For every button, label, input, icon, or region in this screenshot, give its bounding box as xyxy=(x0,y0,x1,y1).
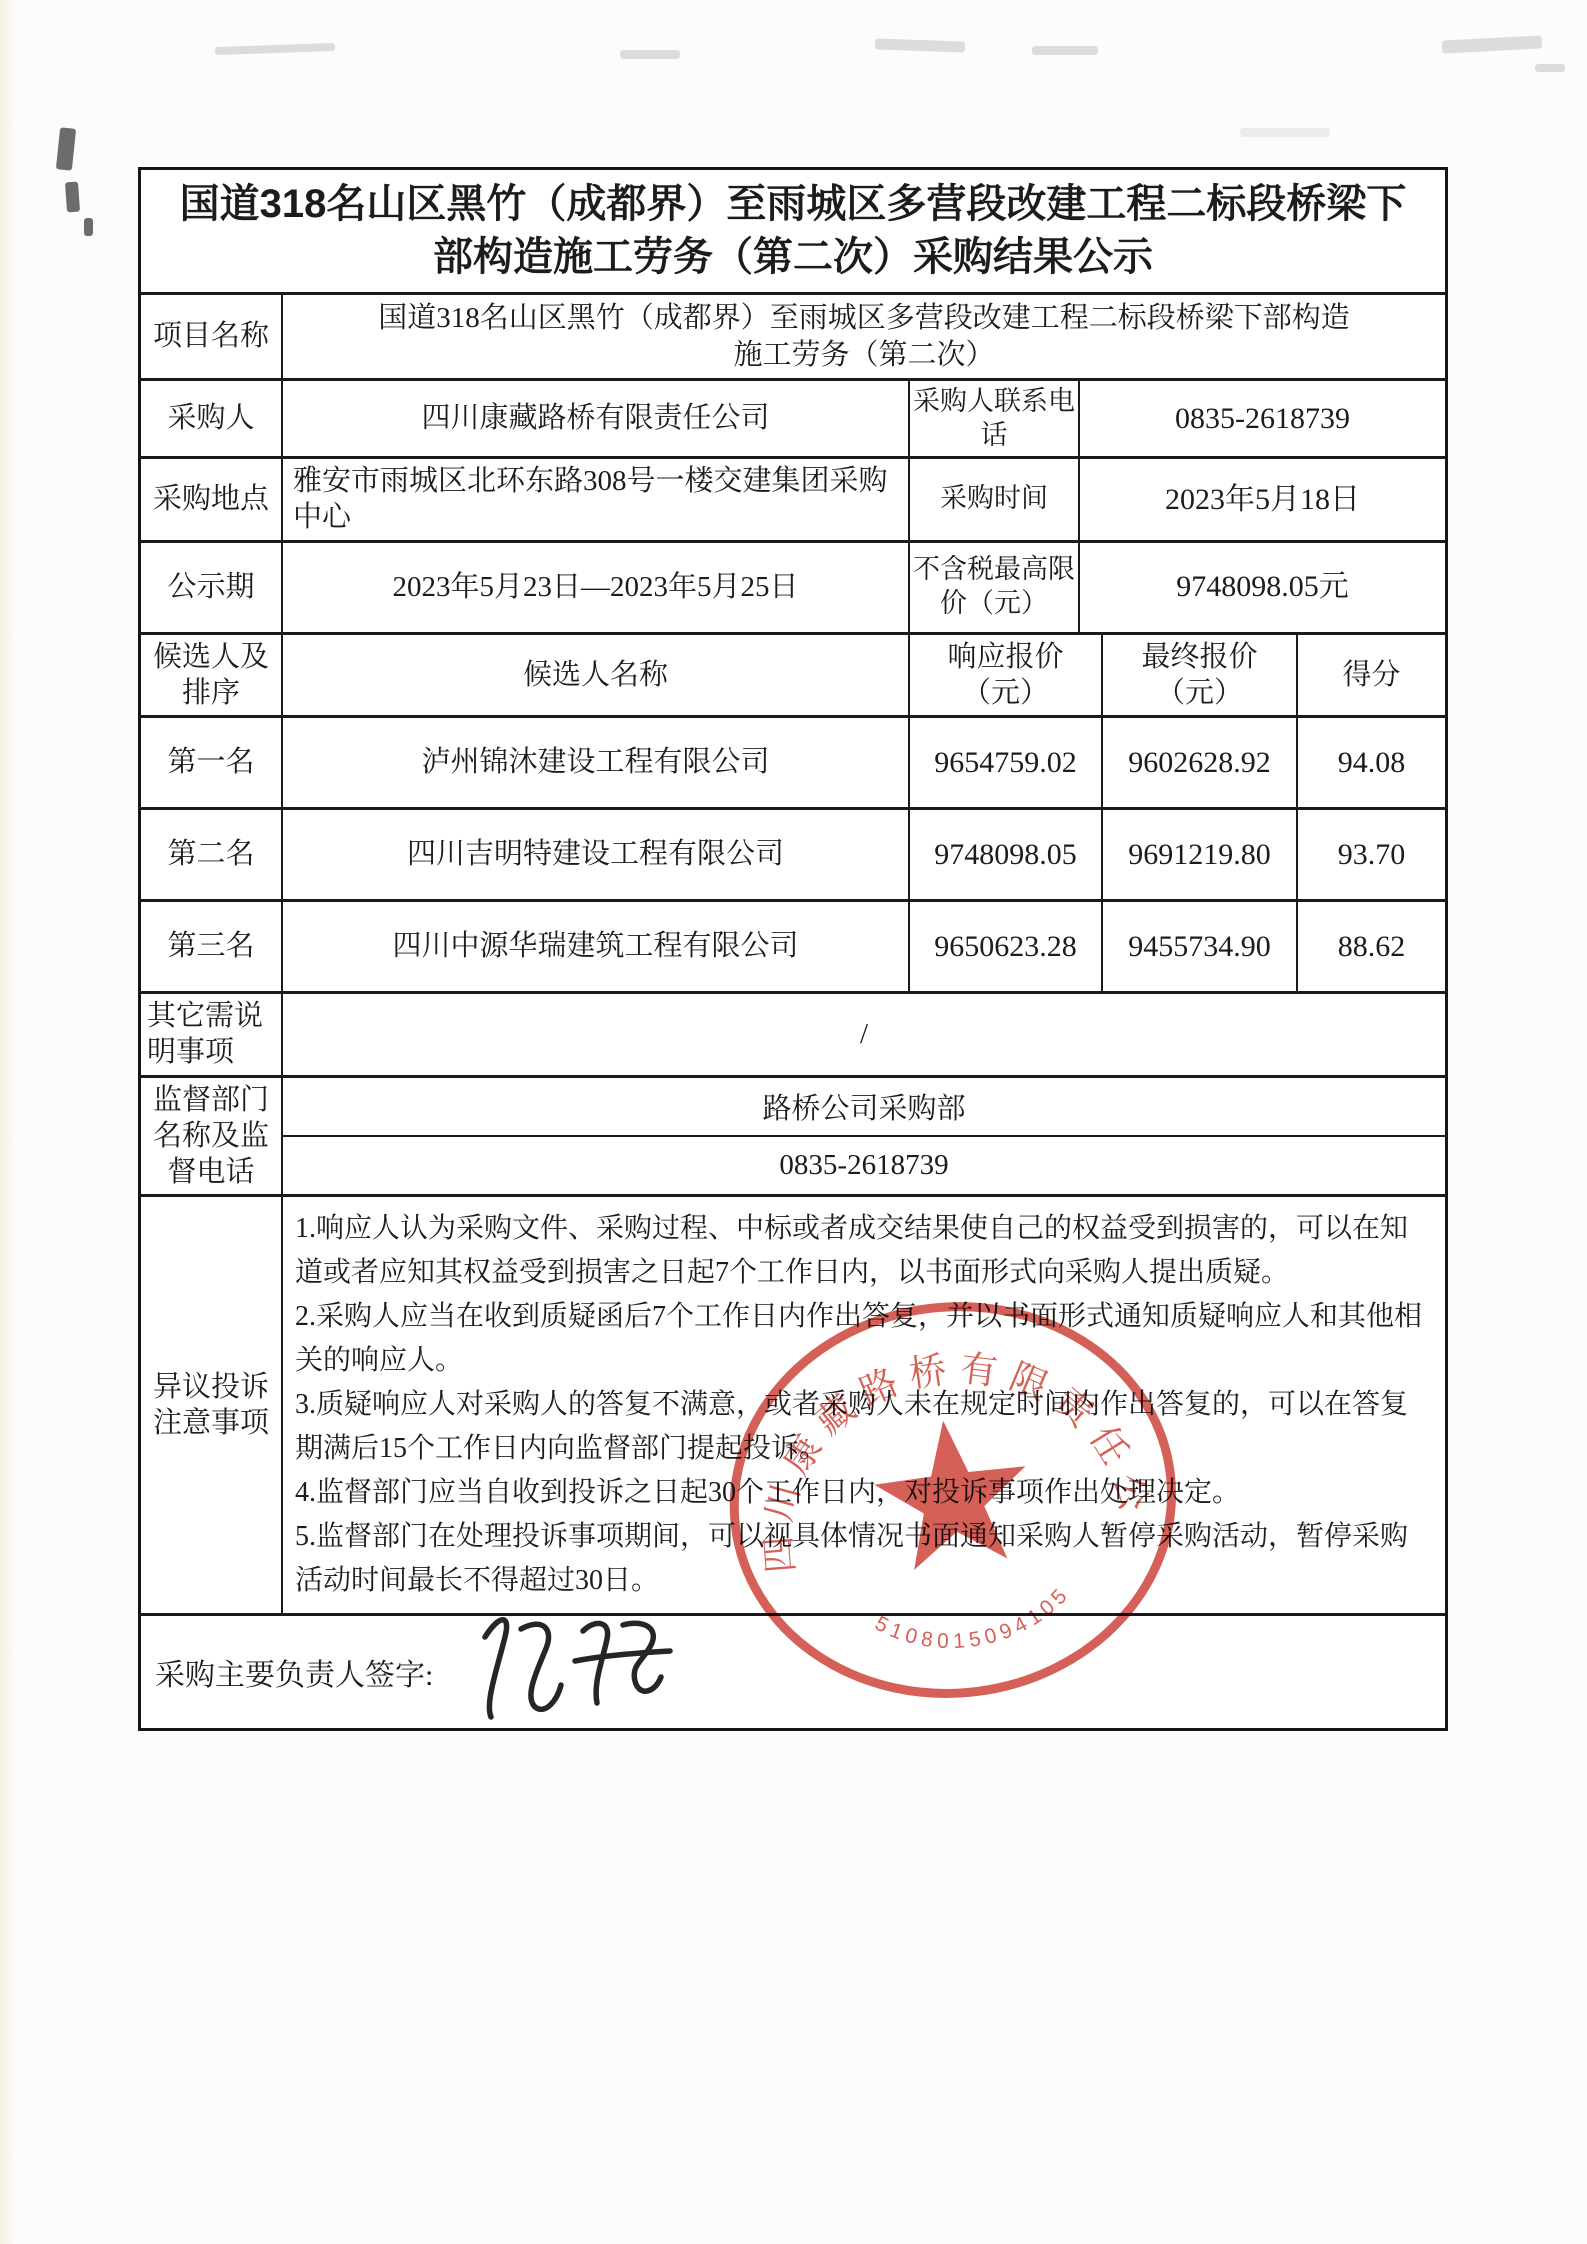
scan-artifact xyxy=(84,218,93,236)
scan-artifact xyxy=(56,127,76,170)
project-name-value: 国道318名山区黑竹（成都界）至雨城区多营段改建工程二标段桥梁下部构造施工劳务（… xyxy=(283,295,1445,378)
scan-artifact xyxy=(1032,46,1098,55)
table-title-row: 国道318名山区黑竹（成都界）至雨城区多营段改建工程二标段桥梁下 部构造施工劳务… xyxy=(141,170,1445,295)
buyer-value: 四川康藏路桥有限责任公司 xyxy=(283,381,910,456)
final-header: 最终报价（元） xyxy=(1103,635,1298,716)
procurement-result-table: 国道318名山区黑竹（成都界）至雨城区多营段改建工程二标段桥梁下 部构造施工劳务… xyxy=(138,167,1448,1731)
supervision-label: 监督部门名称及监督电话 xyxy=(141,1078,283,1195)
scan-edge-strip xyxy=(0,0,14,2244)
purchase-time-label: 采购时间 xyxy=(910,459,1080,540)
candidate-rank: 第二名 xyxy=(141,810,283,899)
candidate-final: 9455734.90 xyxy=(1103,902,1298,991)
rank-header: 候选人及排序 xyxy=(141,635,283,716)
candidate-name: 泸州锦沐建设工程有限公司 xyxy=(283,718,910,807)
publicity-label: 公示期 xyxy=(141,543,283,632)
objection-item: 3.质疑响应人对采购人的答复不满意，或者采购人未在规定时间内作出答复的，可以在答… xyxy=(295,1383,1431,1471)
objection-item: 1.响应人认为采购文件、采购过程、中标或者成交结果使自己的权益受到损害的，可以在… xyxy=(295,1207,1431,1295)
title-line1: 国道318名山区黑竹（成都界）至雨城区多营段改建工程二标段桥梁下 xyxy=(180,182,1407,226)
scan-artifact xyxy=(1535,64,1565,72)
other-notes-value: / xyxy=(283,994,1445,1075)
title-line2: 部构造施工劳务（第二次）采购结果公示 xyxy=(433,235,1153,279)
objection-label: 异议投诉注意事项 xyxy=(141,1197,283,1613)
other-notes-row: 其它需说明事项 / xyxy=(141,994,1445,1078)
candidate-score: 88.62 xyxy=(1298,902,1445,991)
name-header: 候选人名称 xyxy=(283,635,910,716)
candidate-bid: 9654759.02 xyxy=(910,718,1103,807)
scan-artifact xyxy=(1442,35,1543,53)
candidates-header-row: 候选人及排序 候选人名称 响应报价（元） 最终报价（元） 得分 xyxy=(141,635,1445,719)
scan-artifact xyxy=(1240,128,1330,137)
candidate-score: 94.08 xyxy=(1298,718,1445,807)
candidate-bid: 9650623.28 xyxy=(910,902,1103,991)
candidate-bid: 9748098.05 xyxy=(910,810,1103,899)
signature-row: 采购主要负责人签字: xyxy=(141,1616,1445,1728)
candidate-rank: 第一名 xyxy=(141,718,283,807)
candidate-final: 9602628.92 xyxy=(1103,718,1298,807)
location-label: 采购地点 xyxy=(141,459,283,540)
candidate-score: 93.70 xyxy=(1298,810,1445,899)
buyer-label: 采购人 xyxy=(141,381,283,456)
objection-item: 2.采购人应当在收到质疑函后7个工作日内作出答复，并以书面形式通知质疑响应人和其… xyxy=(295,1295,1431,1383)
candidate-name: 四川中源华瑞建筑工程有限公司 xyxy=(283,902,910,991)
candidate-final: 9691219.80 xyxy=(1103,810,1298,899)
other-notes-label: 其它需说明事项 xyxy=(141,994,283,1075)
buyer-row: 采购人 四川康藏路桥有限责任公司 采购人联系电话 0835-2618739 xyxy=(141,381,1445,459)
scan-artifact xyxy=(215,43,335,55)
objection-item: 5.监督部门在处理投诉事项期间，可以视具体情况书面通知采购人暂停采购活动，暂停采… xyxy=(295,1515,1431,1603)
scan-artifact xyxy=(65,182,80,213)
objection-row: 异议投诉注意事项 1.响应人认为采购文件、采购过程、中标或者成交结果使自己的权益… xyxy=(141,1197,1445,1616)
supervision-row: 监督部门名称及监督电话 路桥公司采购部 0835-2618739 xyxy=(141,1078,1445,1198)
signature-label: 采购主要负责人签字: xyxy=(141,1616,1445,1728)
candidate-row-3: 第三名 四川中源华瑞建筑工程有限公司 9650623.28 9455734.90… xyxy=(141,902,1445,994)
bid-header: 响应报价（元） xyxy=(910,635,1103,716)
max-price-value: 9748098.05元 xyxy=(1080,543,1445,632)
buyer-phone-label: 采购人联系电话 xyxy=(910,381,1080,456)
scan-artifact xyxy=(875,38,965,52)
candidate-row-1: 第一名 泸州锦沐建设工程有限公司 9654759.02 9602628.92 9… xyxy=(141,718,1445,810)
supervision-dept: 路桥公司采购部 xyxy=(283,1078,1445,1137)
candidate-rank: 第三名 xyxy=(141,902,283,991)
supervision-phone: 0835-2618739 xyxy=(283,1137,1445,1194)
publicity-value: 2023年5月23日—2023年5月25日 xyxy=(283,543,910,632)
location-row: 采购地点 雅安市雨城区北环东路308号一楼交建集团采购中心 采购时间 2023年… xyxy=(141,459,1445,543)
project-name-row: 项目名称 国道318名山区黑竹（成都界）至雨城区多营段改建工程二标段桥梁下部构造… xyxy=(141,295,1445,381)
scan-artifact xyxy=(620,50,680,59)
project-name-label: 项目名称 xyxy=(141,295,283,378)
objection-content: 1.响应人认为采购文件、采购过程、中标或者成交结果使自己的权益受到损害的，可以在… xyxy=(283,1197,1445,1613)
supervision-values: 路桥公司采购部 0835-2618739 xyxy=(283,1078,1445,1195)
publicity-period-row: 公示期 2023年5月23日—2023年5月25日 不含税最高限价（元） 974… xyxy=(141,543,1445,635)
scanned-document-page: 国道318名山区黑竹（成都界）至雨城区多营段改建工程二标段桥梁下 部构造施工劳务… xyxy=(0,0,1587,2244)
candidate-row-2: 第二名 四川吉明特建设工程有限公司 9748098.05 9691219.80 … xyxy=(141,810,1445,902)
buyer-phone-value: 0835-2618739 xyxy=(1080,381,1445,456)
score-header: 得分 xyxy=(1298,635,1445,716)
max-price-label: 不含税最高限价（元） xyxy=(910,543,1080,632)
purchase-time-value: 2023年5月18日 xyxy=(1080,459,1445,540)
candidate-name: 四川吉明特建设工程有限公司 xyxy=(283,810,910,899)
objection-item: 4.监督部门应当自收到投诉之日起30个工作日内，对投诉事项作出处理决定。 xyxy=(295,1471,1431,1515)
location-value: 雅安市雨城区北环东路308号一楼交建集团采购中心 xyxy=(283,459,910,540)
document-title: 国道318名山区黑竹（成都界）至雨城区多营段改建工程二标段桥梁下 部构造施工劳务… xyxy=(141,170,1445,292)
